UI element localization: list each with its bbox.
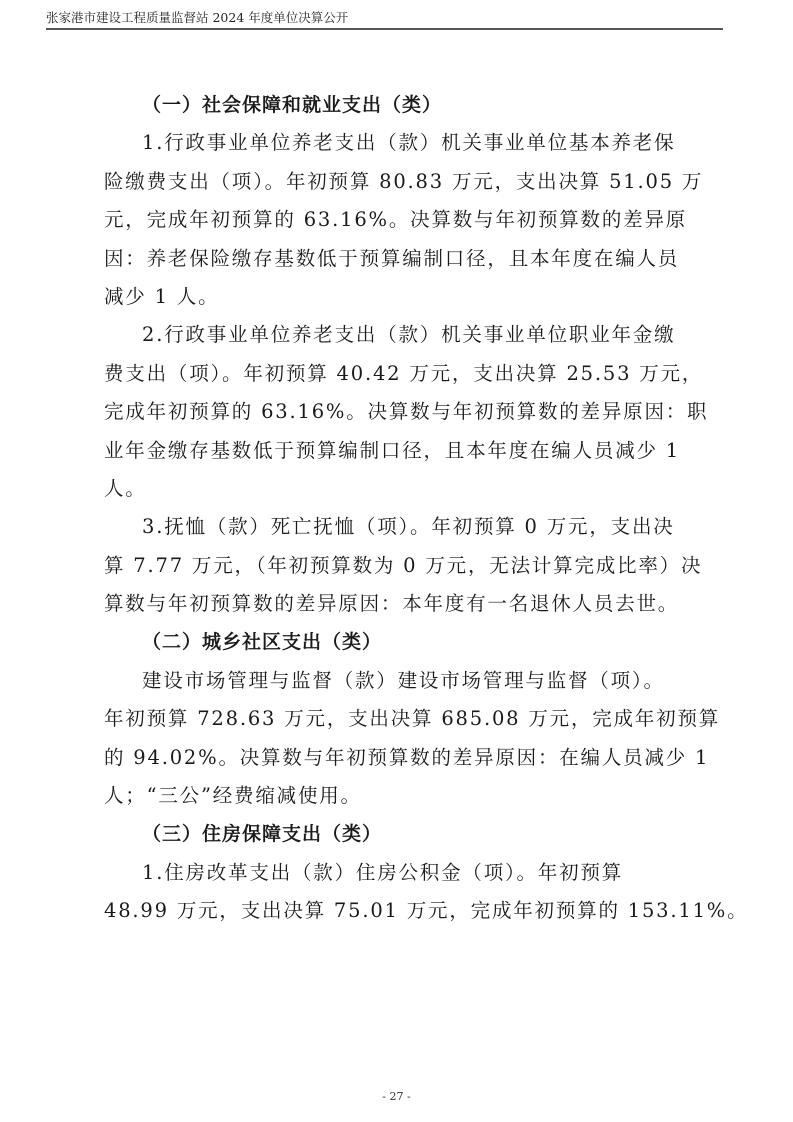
paragraph-line: 算 7.77 万元，（年初预算数为 0 万元，无法计算完成比率）决	[104, 547, 690, 585]
section-heading-social-security: （一）社会保障和就业支出（类）	[104, 86, 690, 124]
paragraph-line: 因：养老保险缴存基数低于预算编制口径，且本年度在编人员	[104, 240, 690, 278]
paragraph-line: 费支出（项）。年初预算 40.42 万元，支出决算 25.53 万元，	[104, 355, 690, 393]
header-rule	[46, 28, 723, 30]
paragraph-line: 2.行政事业单位养老支出（款）机关事业单位职业年金缴	[104, 316, 690, 354]
paragraph-construction-market: 建设市场管理与监督（款）建设市场管理与监督（项）。 年初预算 728.63 万元…	[104, 662, 690, 816]
paragraph-line: 1.行政事业单位养老支出（款）机关事业单位基本养老保	[104, 124, 690, 162]
paragraph-line: 人。	[104, 470, 690, 508]
section-heading-urban-rural: （二）城乡社区支出（类）	[104, 623, 690, 661]
section-heading-housing: （三）住房保障支出（类）	[104, 815, 690, 853]
paragraph-line: 1.住房改革支出（款）住房公积金（项）。年初预算	[104, 854, 690, 892]
paragraph-line: 元，完成年初预算的 63.16%。决算数与年初预算数的差异原	[104, 201, 690, 239]
running-header: 张家港市建设工程质量监督站 2024 年度单位决算公开	[46, 8, 348, 26]
paragraph-line: 的 94.02%。决算数与年初预算数的差异原因：在编人员减少 1	[104, 739, 690, 777]
paragraph-line: 业年金缴存基数低于预算编制口径，且本年度在编人员减少 1	[104, 432, 690, 470]
paragraph-occupational-annuity: 2.行政事业单位养老支出（款）机关事业单位职业年金缴 费支出（项）。年初预算 4…	[104, 316, 690, 508]
page-number: - 27 -	[0, 1090, 793, 1103]
paragraph-line: 年初预算 728.63 万元，支出决算 685.08 万元，完成年初预算	[104, 700, 690, 738]
paragraph-line: 算数与年初预算数的差异原因：本年度有一名退休人员去世。	[104, 585, 690, 623]
paragraph-line: 3.抚恤（款）死亡抚恤（项）。年初预算 0 万元，支出决	[104, 508, 690, 546]
paragraph-line: 减少 1 人。	[104, 278, 690, 316]
paragraph-line: 险缴费支出（项）。年初预算 80.83 万元，支出决算 51.05 万	[104, 163, 690, 201]
document-body: （一）社会保障和就业支出（类） 1.行政事业单位养老支出（款）机关事业单位基本养…	[104, 86, 690, 931]
paragraph-line: 完成年初预算的 63.16%。决算数与年初预算数的差异原因：职	[104, 393, 690, 431]
paragraph-housing-fund: 1.住房改革支出（款）住房公积金（项）。年初预算 48.99 万元，支出决算 7…	[104, 854, 690, 931]
paragraph-line: 48.99 万元，支出决算 75.01 万元，完成年初预算的 153.11%。	[104, 892, 690, 930]
paragraph-pension-basic: 1.行政事业单位养老支出（款）机关事业单位基本养老保 险缴费支出（项）。年初预算…	[104, 124, 690, 316]
paragraph-line: 人；“三公”经费缩减使用。	[104, 777, 690, 815]
paragraph-death-pension: 3.抚恤（款）死亡抚恤（项）。年初预算 0 万元，支出决 算 7.77 万元，（…	[104, 508, 690, 623]
paragraph-line: 建设市场管理与监督（款）建设市场管理与监督（项）。	[104, 662, 690, 700]
